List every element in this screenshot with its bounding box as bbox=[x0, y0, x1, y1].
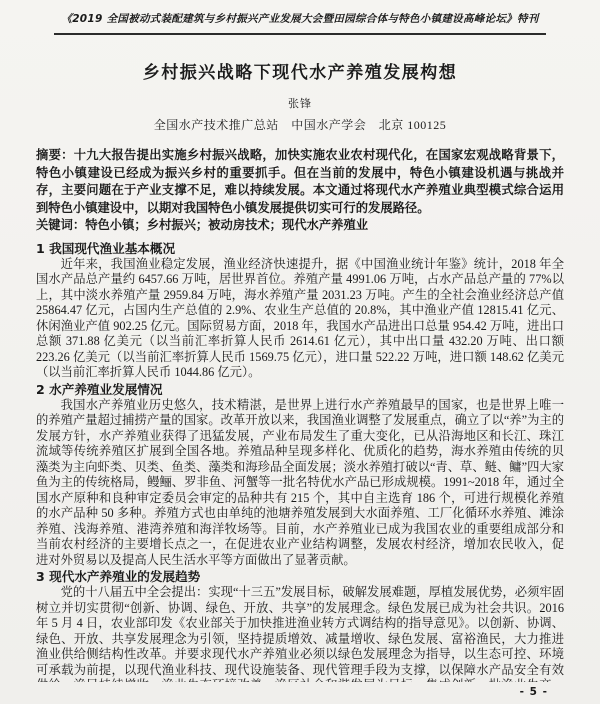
author-name: 张锋 bbox=[36, 98, 564, 111]
abstract-label: 摘要： bbox=[36, 148, 74, 162]
section-3-heading: 3 现代水产养殖业的发展趋势 bbox=[36, 569, 564, 585]
keywords-text: 特色小镇；乡村振兴；被动房技术；现代水产养殖业 bbox=[85, 218, 368, 232]
abstract-block: 摘要：十九大报告提出实施乡村振兴战略，加快实施农业农村现代化，在国家宏观战略背景… bbox=[36, 147, 564, 217]
keywords-label: 关键词： bbox=[36, 218, 85, 232]
scanned-paper-page: 《2019 全国被动式装配建筑与乡村振兴产业发展大会暨田园综合体与特色小镇建设高… bbox=[0, 0, 600, 704]
journal-header: 《2019 全国被动式装配建筑与乡村振兴产业发展大会暨田园综合体与特色小镇建设高… bbox=[54, 13, 546, 35]
section-3-paragraph: 党的十八届五中全会提出：实现“十三五”发展目标，破解发展难题，厚植发展优势，必须… bbox=[36, 585, 564, 682]
page-number: - 5 - bbox=[520, 686, 548, 698]
abstract-text: 十九大报告提出实施乡村振兴战略，加快实施农业农村现代化，在国家宏观战略背景下，特… bbox=[36, 148, 564, 215]
section-2-heading: 2 水产养殖业发展情况 bbox=[36, 382, 564, 398]
section-1-paragraph: 近年来，我国渔业稳定发展，渔业经济快速提升，据《中国渔业统计年鉴》统计，2018… bbox=[36, 257, 564, 381]
paper-title: 乡村振兴战略下现代水产养殖发展构想 bbox=[36, 61, 564, 85]
section-1-heading: 1 我国现代渔业基本概况 bbox=[36, 241, 564, 257]
page-content: 《2019 全国被动式装配建筑与乡村振兴产业发展大会暨田园综合体与特色小镇建设高… bbox=[36, 0, 564, 682]
section-2-paragraph: 我国水产养殖业历史悠久，技术精湛，是世界上进行水产养殖最早的国家，也是世界上唯一… bbox=[36, 398, 564, 569]
affiliation: 全国水产技术推广总站 中国水产学会 北京 100125 bbox=[36, 118, 564, 133]
keywords-block: 关键词：特色小镇；乡村振兴；被动房技术；现代水产养殖业 bbox=[36, 217, 564, 235]
